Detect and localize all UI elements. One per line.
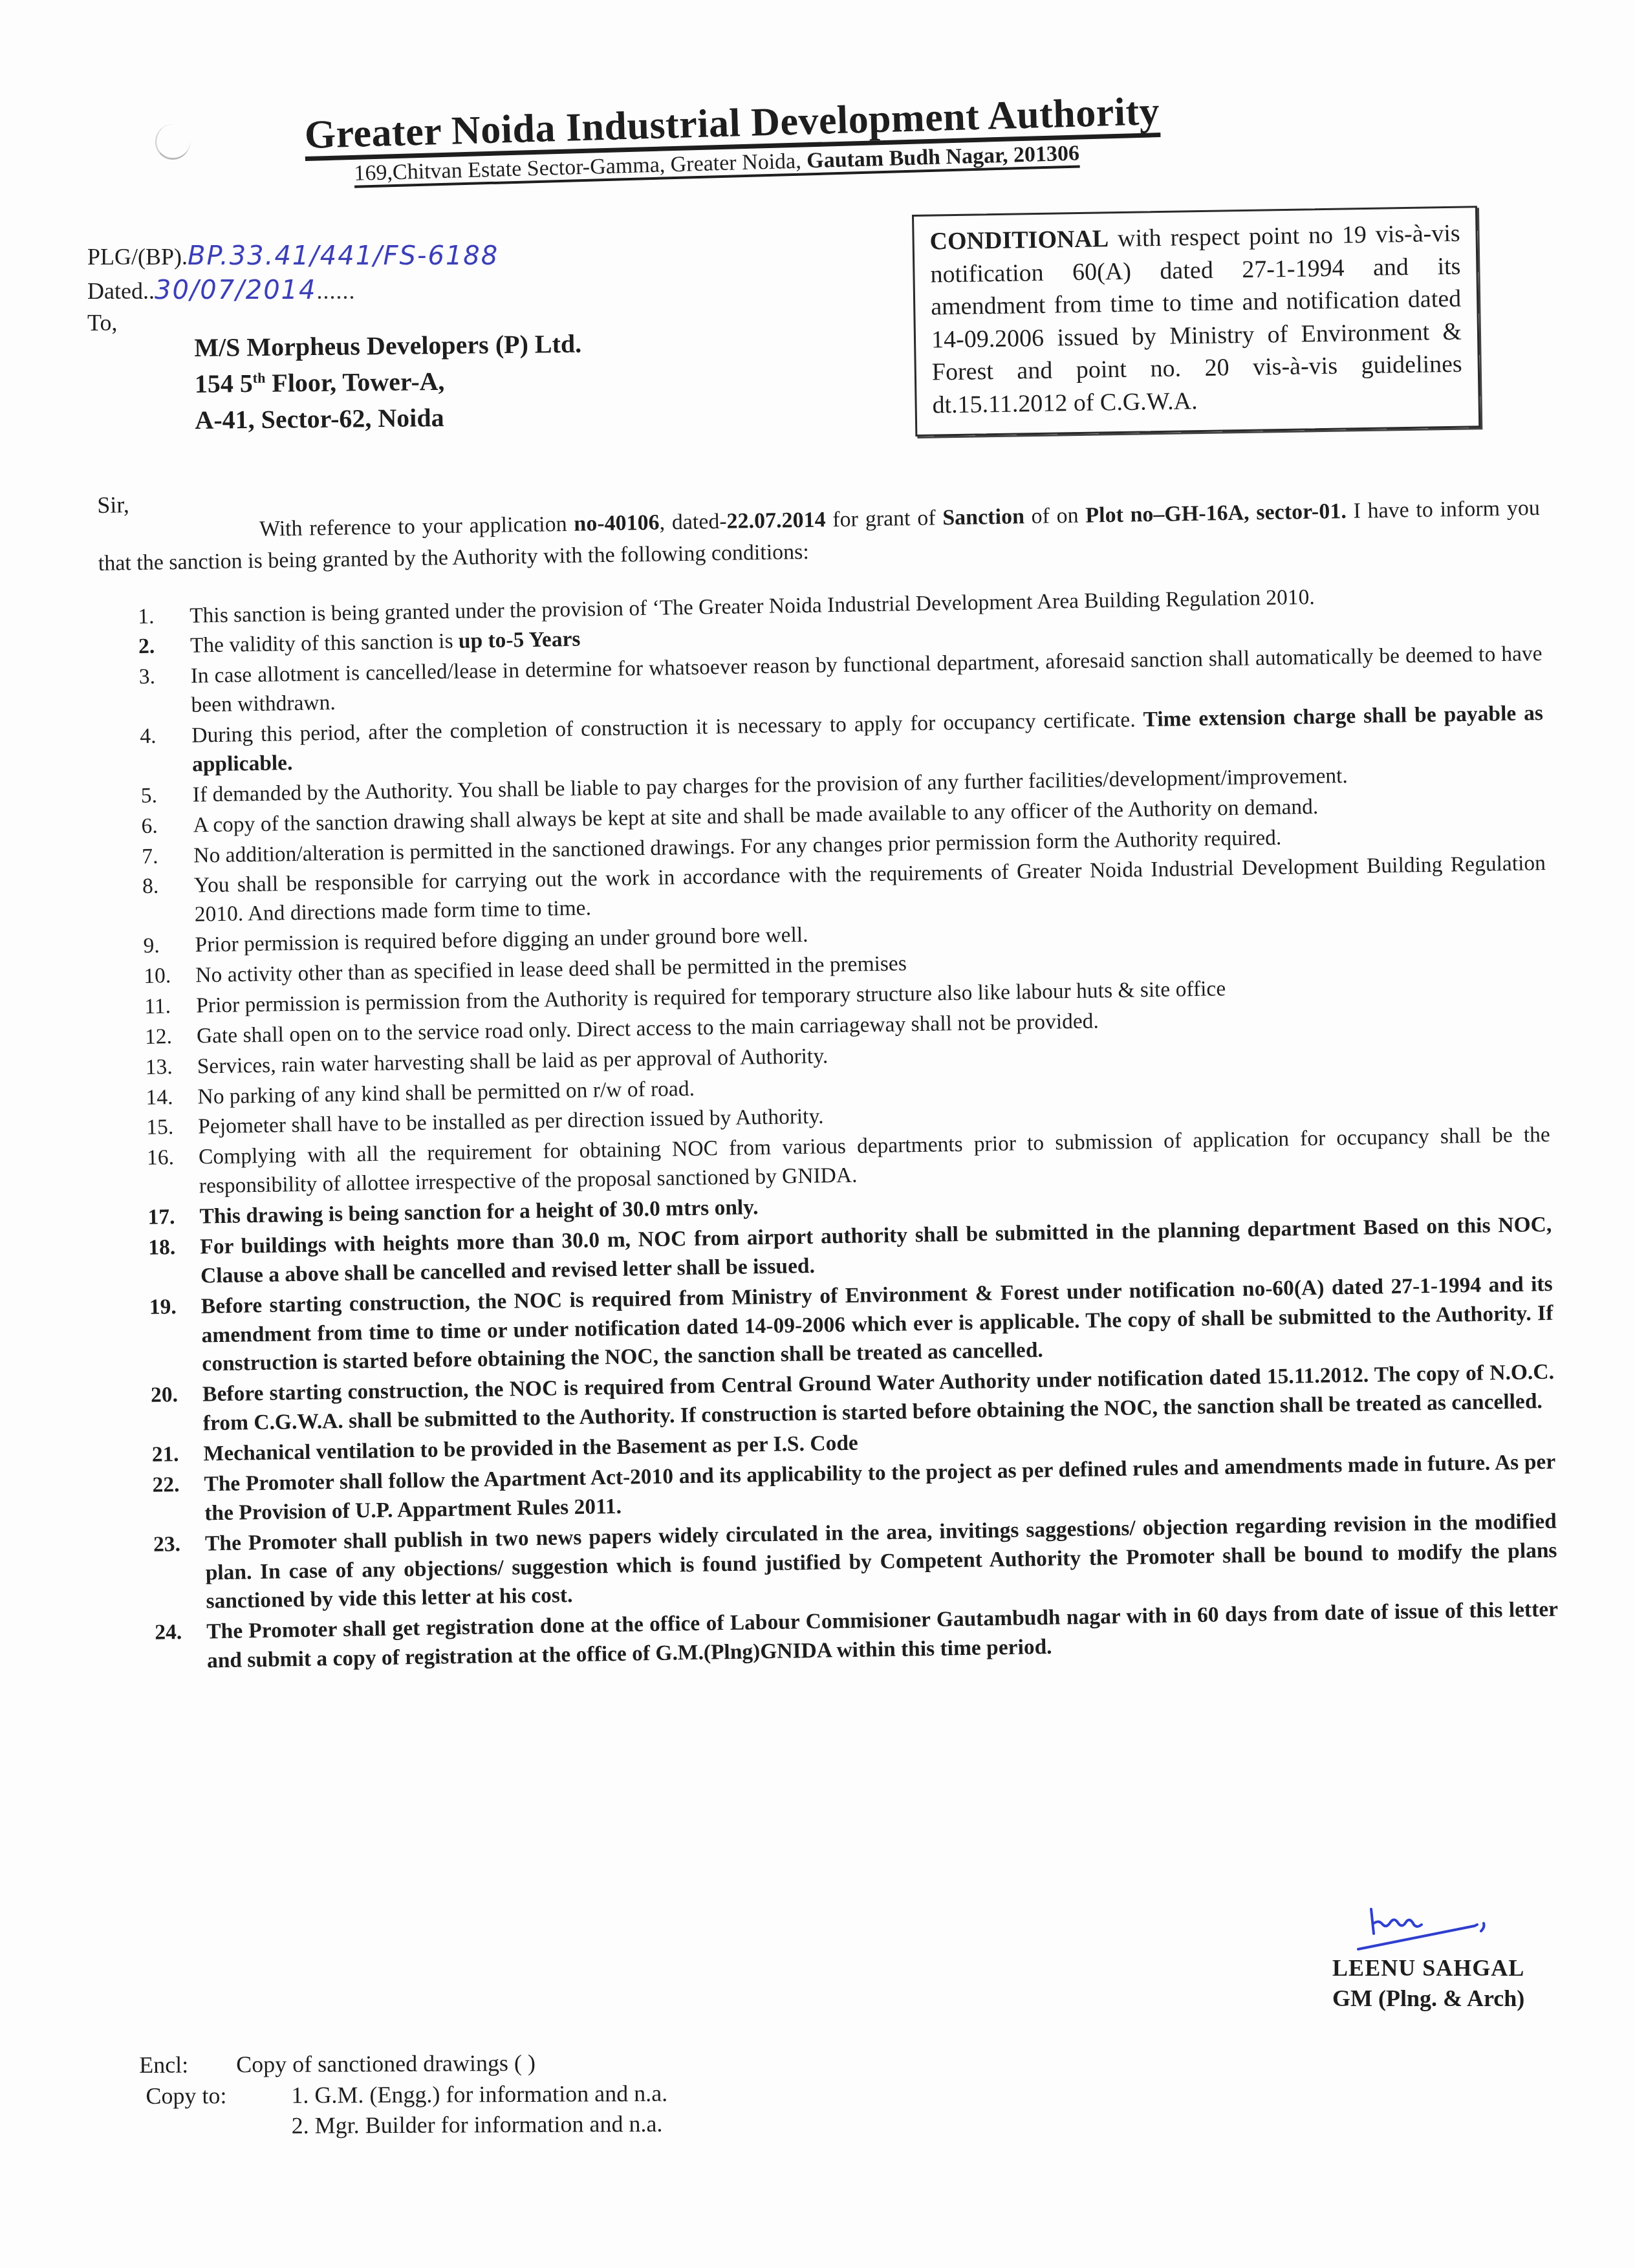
condition-number: 2. (138, 632, 191, 662)
address-bold: Gautam Budh Nagar, 201306 (807, 142, 1080, 173)
signature-block: LEENU SAHGAL GM (Plng. & Arch) (1332, 1901, 1524, 2014)
application-date: 22.07.2014 (726, 508, 826, 534)
condition-number: 21. (151, 1440, 204, 1470)
condition-number: 17. (147, 1203, 200, 1233)
plot-number: Plot no–GH-16A, sector-01. (1085, 499, 1347, 528)
dotted-leader: ...... (317, 278, 356, 304)
letterhead: Greater Noida Industrial Development Aut… (304, 88, 1289, 189)
condition-number: 10. (144, 962, 196, 991)
signatory-title: GM (Plng. & Arch) (1332, 1983, 1524, 2014)
condition-number: 3. (138, 662, 191, 721)
condition-number: 20. (151, 1381, 203, 1440)
addressee-block: M/S Morpheus Developers (P) Ltd. 154 5th… (194, 326, 583, 438)
condition-number: 14. (146, 1083, 198, 1112)
condition-number: 19. (149, 1292, 202, 1380)
application-number: no-40106 (574, 511, 660, 536)
condition-number: 9. (143, 931, 195, 961)
condition-number: 18. (148, 1233, 200, 1291)
condition-number: 24. (155, 1618, 207, 1677)
ref-label: PLG/(BP). (87, 244, 188, 270)
copy-to-label: Copy to: (146, 2080, 291, 2111)
condition-number: 5. (140, 781, 193, 810)
condition-emphasis: up to-5 Years (459, 627, 581, 653)
conditional-notice-box: CONDITIONAL with respect point no 19 vis… (912, 206, 1480, 437)
condition-number: 4. (140, 722, 192, 781)
condition-number: 12. (145, 1022, 197, 1052)
condition-number: 16. (147, 1143, 199, 1202)
condition-number: 7. (142, 841, 194, 871)
condition-number: 6. (141, 811, 193, 841)
copy-to-line: Copy to: 1. G.M. (Engg.) for information… (139, 2078, 667, 2111)
reference-block: PLG/(BP).BP.33.41/441/FS-6188 Dated..30/… (87, 239, 499, 338)
addressee-locality: A-41, Sector-62, Noida (195, 398, 582, 438)
handwritten-ref-number: BP.33.41/441/FS-6188 (188, 241, 499, 271)
conditional-label: CONDITIONAL (929, 225, 1109, 255)
dated-line: Dated..30/07/2014...... (87, 274, 499, 308)
condition-number: 11. (144, 992, 197, 1022)
condition-number: 13. (145, 1052, 197, 1082)
sanction-word: Sanction (942, 504, 1024, 530)
condition-number: 1. (138, 601, 190, 631)
dated-label: Dated.. (87, 278, 155, 304)
enclosure-label: Encl: (139, 2049, 236, 2080)
handwritten-date: 30/07/2014 (155, 275, 317, 305)
copy-to-item: 1. G.M. (Engg.) for information and n.a. (291, 2078, 667, 2111)
addressee-company: M/S Morpheus Developers (P) Ltd. (194, 326, 581, 366)
reference-number-line: PLG/(BP).BP.33.41/441/FS-6188 (87, 239, 499, 274)
handwritten-signature-icon (1345, 1901, 1500, 1953)
punch-hole-mark (155, 124, 190, 160)
footer-block: Encl: Copy of sanctioned drawings ( ) Co… (139, 2047, 668, 2143)
conditions-list: 1.This sanction is being granted under t… (138, 579, 1559, 1677)
condition-number: 15. (146, 1113, 199, 1143)
signatory-name: LEENU SAHGAL (1332, 1953, 1524, 1983)
addressee-floor: 154 5th Floor, Tower-A, (195, 362, 582, 402)
condition-number: 23. (153, 1529, 206, 1617)
enclosure-text: Copy of sanctioned drawings ( ) (236, 2048, 536, 2080)
condition-number: 8. (142, 872, 195, 931)
condition-number: 22. (152, 1470, 204, 1529)
letter-page: Greater Noida Industrial Development Aut… (0, 0, 1635, 2268)
copy-to-item: 2. Mgr. Builder for information and n.a. (291, 2109, 662, 2142)
letter-body: Sir, With reference to your application … (97, 468, 1559, 1679)
enclosure-line: Encl: Copy of sanctioned drawings ( ) (139, 2047, 667, 2081)
copy-to-line-2: 2. Mgr. Builder for information and n.a. (291, 2109, 667, 2142)
